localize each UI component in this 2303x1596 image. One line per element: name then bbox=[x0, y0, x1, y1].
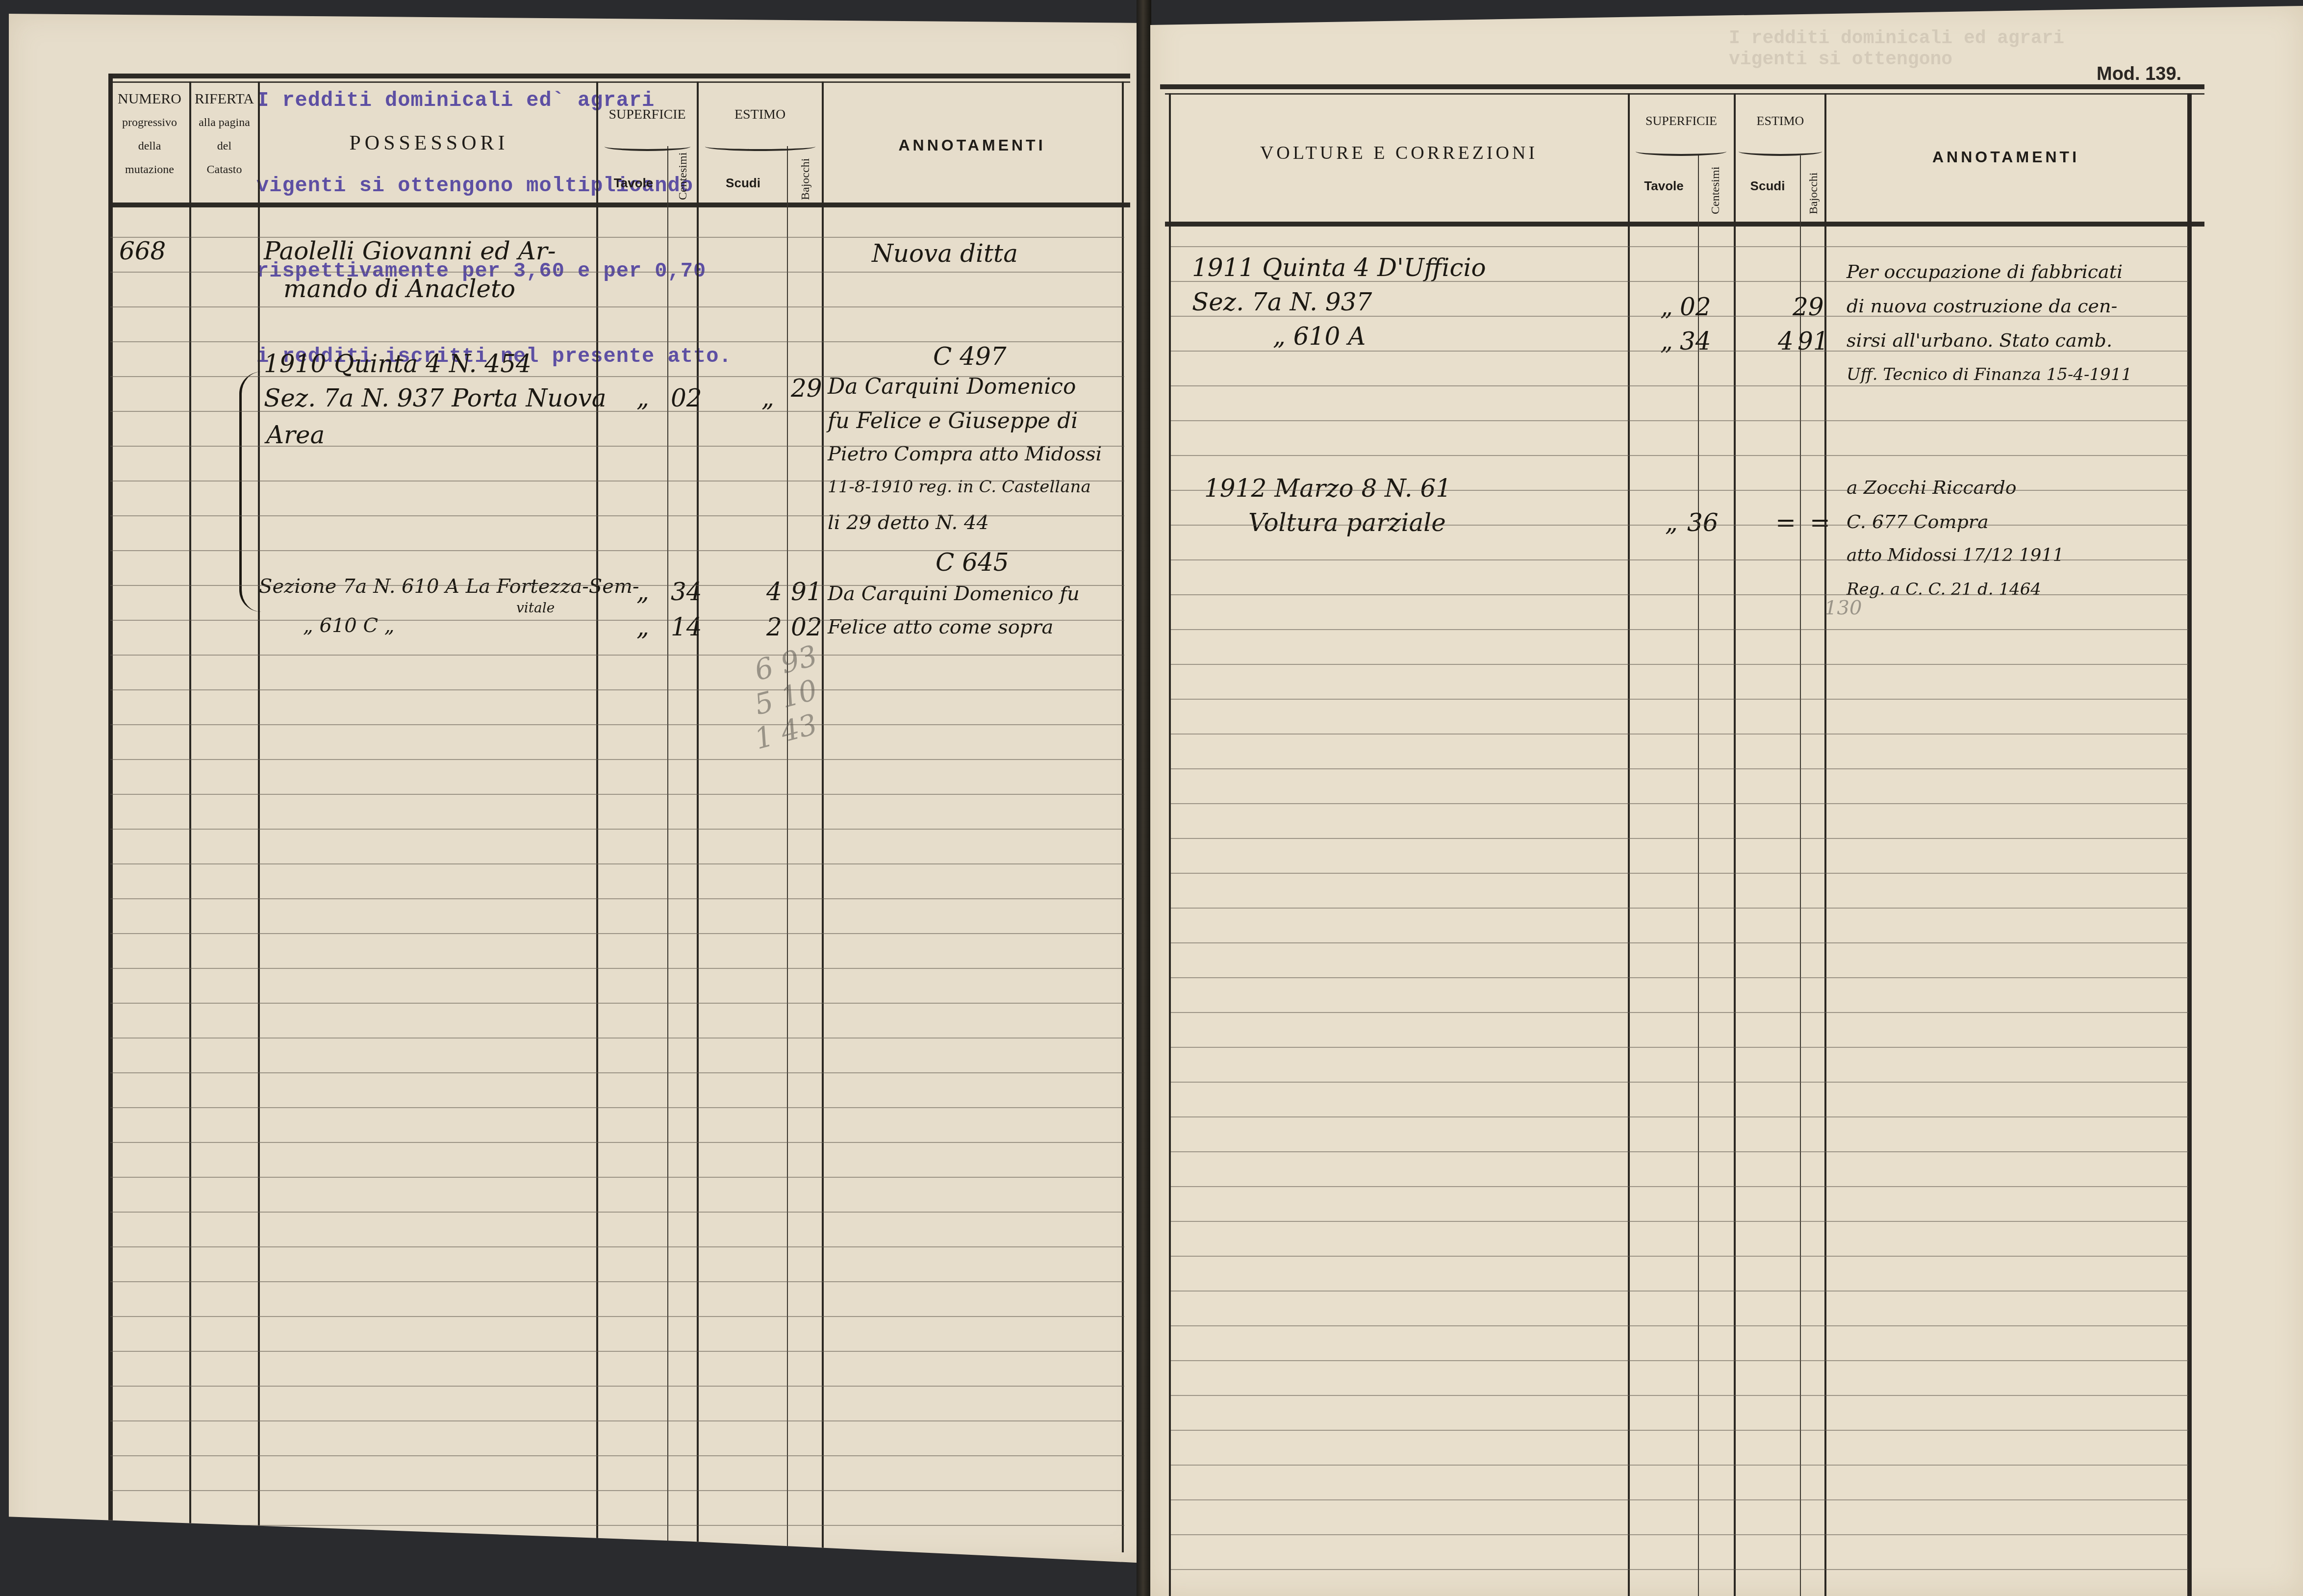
header-annotamenti: ANNOTAMENTI bbox=[824, 136, 1120, 154]
tavole-value: „ bbox=[636, 578, 649, 606]
ruled-line bbox=[110, 550, 1124, 551]
ruled-line bbox=[110, 376, 1124, 377]
col-border-tavole bbox=[667, 146, 668, 1551]
bajocchi-value: 29 bbox=[791, 374, 822, 403]
annotamenti-line: Nuova ditta bbox=[872, 239, 1018, 268]
table-top-border bbox=[1160, 84, 2204, 89]
annotamenti-line: atto Midossi 17/12 1911 bbox=[1847, 545, 2064, 565]
possessori-line: 1910 Quinta 4 N. 454 bbox=[264, 350, 531, 378]
ruled-line bbox=[1171, 351, 2188, 352]
ruled-line bbox=[1171, 1082, 2188, 1083]
col-border-volture bbox=[1628, 93, 1630, 1596]
table-top-border bbox=[110, 74, 1130, 78]
scudi-value: = bbox=[1775, 508, 1796, 537]
header-numero: NUMERO progressivo della mutazione bbox=[110, 87, 189, 181]
ruled-line bbox=[1171, 1325, 2188, 1326]
ruled-line bbox=[1171, 734, 2188, 735]
possessori-line: Paolelli Giovanni ed Ar- bbox=[264, 237, 556, 265]
ruled-line bbox=[110, 1107, 1124, 1108]
col-border-scudi bbox=[1800, 155, 1801, 1596]
ruled-line bbox=[110, 1212, 1124, 1213]
ruled-line bbox=[1171, 1569, 2188, 1570]
scudi-value: 2 bbox=[766, 613, 782, 641]
header-estimo: ESTIMO bbox=[1736, 114, 1824, 128]
ruled-line bbox=[1171, 594, 2188, 595]
ruled-line bbox=[110, 1142, 1124, 1143]
col-border-left bbox=[1169, 93, 1171, 1596]
header-bajocchi: Bajocchi bbox=[799, 151, 812, 200]
bajocchi-value: 02 bbox=[791, 613, 822, 641]
header-bottom-border bbox=[110, 203, 1130, 207]
tavole-value: „ bbox=[1660, 293, 1673, 321]
col-border-scudi bbox=[787, 146, 788, 1551]
ruled-line bbox=[110, 898, 1124, 899]
ruled-line bbox=[110, 829, 1124, 830]
table-top-border-inner bbox=[110, 81, 1130, 83]
possessori-line: Area bbox=[266, 421, 325, 449]
annotamenti-line: C 645 bbox=[936, 548, 1009, 577]
possessori-line: mando di Anacleto bbox=[283, 275, 515, 303]
header-riferta-title: RIFERTA bbox=[191, 87, 257, 111]
volture-line: 1912 Marzo 8 N. 61 bbox=[1204, 474, 1451, 503]
ruled-line bbox=[1171, 559, 2188, 560]
tavole-value: „ bbox=[1665, 508, 1678, 537]
ruled-line bbox=[1171, 1186, 2188, 1187]
header-scudi: Scudi bbox=[1736, 178, 1799, 194]
header-volture: VOLTURE E CORREZIONI bbox=[1171, 142, 1627, 164]
ruled-line bbox=[1171, 873, 2188, 874]
ruled-line bbox=[1171, 1395, 2188, 1396]
col-border-numero bbox=[189, 81, 191, 1547]
ruled-line bbox=[1171, 803, 2188, 804]
brace-ornament bbox=[705, 142, 815, 151]
ruled-line bbox=[110, 1003, 1124, 1004]
ruled-line bbox=[1171, 1012, 2188, 1013]
annotamenti-line: li 29 detto N. 44 bbox=[828, 511, 989, 534]
ruled-line bbox=[1171, 838, 2188, 839]
ruled-line bbox=[1171, 977, 2188, 978]
annotamenti-line: di nuova costruzione da cen- bbox=[1847, 295, 2117, 317]
centesimi-value: 34 bbox=[671, 578, 702, 606]
right-page: I redditi dominicali ed agrari vigenti s… bbox=[1150, 6, 2303, 1596]
bajocchi-value: = bbox=[1810, 508, 1830, 537]
volture-line: 1911 Quinta 4 D'Ufficio bbox=[1192, 253, 1486, 282]
ruled-line bbox=[1171, 246, 2188, 247]
annotamenti-line: sirsi all'urbano. Stato camb. bbox=[1847, 329, 2112, 351]
annotamenti-line: Reg. a C. C. 21 d. 1464 bbox=[1847, 580, 2041, 599]
header-riferta-line: del bbox=[191, 134, 257, 158]
header-possessori: POSSESSORI bbox=[260, 131, 598, 155]
header-riferta-line: Catasto bbox=[191, 158, 257, 181]
annotamenti-line: 11-8-1910 reg. in C. Castellana bbox=[828, 477, 1091, 497]
centesimi-value: 02 bbox=[671, 384, 702, 412]
header-tavole: Tavole bbox=[1631, 178, 1697, 194]
col-border-possessori bbox=[596, 81, 598, 1552]
ruled-line bbox=[1171, 1360, 2188, 1361]
ruled-line bbox=[110, 272, 1124, 273]
header-tavole: Tavole bbox=[601, 176, 666, 191]
bajocchi-value: 29 bbox=[1793, 293, 1824, 321]
header-estimo: ESTIMO bbox=[699, 107, 821, 123]
annotamenti-line: a Zocchi Riccardo bbox=[1847, 477, 2017, 498]
header-superficie: SUPERFICIE bbox=[598, 107, 696, 123]
ruled-line bbox=[1171, 455, 2188, 456]
header-riferta: RIFERTA alla pagina del Catasto bbox=[191, 87, 257, 181]
ruled-line bbox=[1171, 281, 2188, 282]
ruled-line bbox=[1171, 1221, 2188, 1222]
ruled-line bbox=[110, 724, 1124, 725]
ruled-line bbox=[110, 1420, 1124, 1421]
ruled-line bbox=[110, 1281, 1124, 1282]
annotamenti-line: fu Felice e Giuseppe di bbox=[828, 408, 1078, 433]
tavole-value: „ bbox=[636, 613, 649, 641]
header-bajocchi: Bajocchi bbox=[1807, 155, 1821, 214]
ruled-line bbox=[1171, 1116, 2188, 1117]
ruled-line bbox=[1171, 1465, 2188, 1466]
scudi-value: 4 bbox=[766, 578, 782, 606]
ruled-line bbox=[110, 655, 1124, 656]
ruled-line bbox=[1171, 1499, 2188, 1500]
table-top-border-inner bbox=[1165, 93, 2204, 95]
volture-line: Voltura parziale bbox=[1248, 508, 1446, 537]
ruled-line bbox=[110, 515, 1124, 516]
ruled-line bbox=[110, 689, 1124, 690]
ruled-line bbox=[1171, 1151, 2188, 1152]
book-spine bbox=[1137, 0, 1151, 1596]
ruled-line bbox=[1171, 768, 2188, 769]
header-numero-line: mutazione bbox=[110, 158, 189, 181]
ruled-line bbox=[1171, 1047, 2188, 1048]
ruled-line bbox=[110, 585, 1124, 586]
volture-line: Sez. 7a N. 937 bbox=[1192, 288, 1372, 316]
possessori-line: vitale bbox=[516, 600, 555, 616]
entry-numero: 668 bbox=[119, 237, 166, 265]
col-border-right bbox=[2187, 93, 2192, 1596]
brace-ornament bbox=[1739, 147, 1822, 156]
ruled-line bbox=[110, 481, 1124, 481]
col-border-right bbox=[1122, 81, 1124, 1552]
ruled-line bbox=[110, 1316, 1124, 1317]
header-bottom-border bbox=[1165, 222, 2204, 227]
header-centesimi: Centesimi bbox=[1709, 155, 1722, 214]
ruled-line bbox=[110, 1455, 1124, 1456]
ruled-line bbox=[1171, 1256, 2188, 1257]
header-numero-line: della bbox=[110, 134, 189, 158]
col-border-estimo bbox=[822, 81, 824, 1552]
ruled-line bbox=[110, 306, 1124, 307]
tavole-value: „ bbox=[636, 384, 649, 412]
col-border-tavole bbox=[1698, 155, 1699, 1596]
ruled-line bbox=[110, 1072, 1124, 1073]
header-numero-title: NUMERO bbox=[110, 87, 189, 111]
ruled-line bbox=[1171, 1291, 2188, 1292]
header-riferta-line: alla pagina bbox=[191, 111, 257, 134]
annotamenti-line: Da Carquini Domenico bbox=[828, 374, 1076, 399]
left-page: I redditi dominicali ed` agrari vigenti … bbox=[9, 14, 1145, 1563]
centesimi-value: 36 bbox=[1687, 508, 1719, 537]
ruled-line bbox=[110, 1038, 1124, 1039]
ruled-line bbox=[110, 863, 1124, 864]
centesimi-value: 14 bbox=[671, 613, 702, 641]
ruled-line bbox=[1171, 1534, 2188, 1535]
ruled-line bbox=[110, 1177, 1124, 1178]
ruled-line bbox=[1171, 699, 2188, 700]
ruled-line bbox=[1171, 908, 2188, 909]
ruled-line bbox=[110, 1386, 1124, 1387]
centesimi-value: 02 bbox=[1680, 293, 1711, 321]
bracket-mark bbox=[239, 372, 261, 612]
header-scudi: Scudi bbox=[700, 176, 786, 191]
header-centesimi: Centesimi bbox=[677, 151, 690, 200]
ruled-line bbox=[110, 933, 1124, 934]
ruled-line bbox=[110, 759, 1124, 760]
annotamenti-line: C 497 bbox=[933, 342, 1007, 371]
ruled-line bbox=[1171, 629, 2188, 630]
ruled-line bbox=[110, 1351, 1124, 1352]
annotamenti-line: Per occupazione di fabbricati bbox=[1847, 261, 2123, 282]
ruled-line bbox=[1171, 942, 2188, 943]
ruled-line bbox=[1171, 420, 2188, 421]
bleed-through-text: I redditi dominicali ed agrari vigenti s… bbox=[1729, 28, 2064, 70]
ruled-line bbox=[1171, 664, 2188, 665]
annotamenti-line: Felice atto come sopra bbox=[828, 616, 1053, 638]
ruled-line bbox=[1171, 1430, 2188, 1431]
bajocchi-value: 91 bbox=[791, 578, 822, 606]
ruled-line bbox=[1171, 490, 2188, 491]
ruled-line bbox=[1171, 316, 2188, 317]
ruled-line bbox=[110, 620, 1124, 621]
possessori-line: Sez. 7a N. 937 Porta Nuova bbox=[264, 384, 607, 412]
ruled-line bbox=[110, 794, 1124, 795]
ruled-line bbox=[110, 446, 1124, 447]
ruled-line bbox=[110, 1490, 1124, 1491]
col-border-estimo bbox=[1824, 93, 1826, 1596]
brace-ornament bbox=[605, 142, 690, 151]
col-border-outer bbox=[108, 74, 113, 1549]
header-numero-line: progressivo bbox=[110, 111, 189, 134]
ruled-line bbox=[1171, 385, 2188, 386]
volture-line: „ 610 A bbox=[1273, 322, 1366, 351]
possessori-line: „ 610 C „ bbox=[303, 614, 395, 637]
annotamenti-line: C. 677 Compra bbox=[1847, 511, 1989, 532]
form-code: Mod. 139. bbox=[2097, 64, 2181, 85]
scudi-value: „ bbox=[761, 384, 774, 412]
ruled-line bbox=[1171, 525, 2188, 526]
ruled-line bbox=[110, 1525, 1124, 1526]
ruled-line bbox=[110, 968, 1124, 969]
col-border-superficie bbox=[1734, 93, 1736, 1596]
ruled-line bbox=[110, 341, 1124, 342]
brace-ornament bbox=[1636, 147, 1726, 156]
pencil-note: 130 bbox=[1824, 597, 1862, 619]
possessori-line: Sezione 7a N. 610 A La Fortezza-Sem- bbox=[259, 575, 639, 598]
ruled-line bbox=[110, 411, 1124, 412]
annotamenti-line: Uff. Tecnico di Finanza 15-4-1911 bbox=[1847, 365, 2132, 384]
col-border-riferta bbox=[258, 81, 260, 1547]
col-border-superficie bbox=[697, 81, 699, 1552]
header-annotamenti: ANNOTAMENTI bbox=[1827, 148, 2185, 166]
header-superficie: SUPERFICIE bbox=[1630, 114, 1733, 128]
ruled-line bbox=[110, 1246, 1124, 1247]
ruled-line bbox=[110, 237, 1124, 238]
